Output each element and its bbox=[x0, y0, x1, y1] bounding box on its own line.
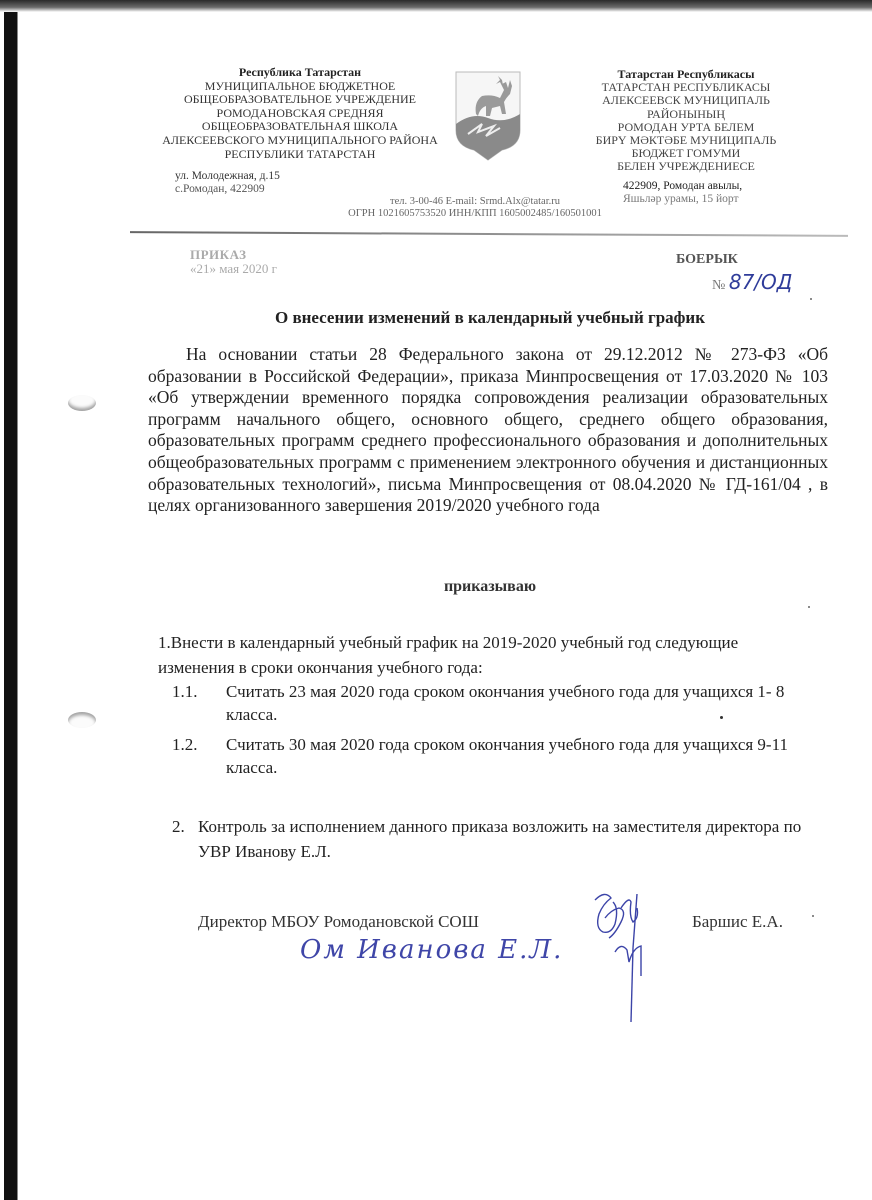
address-street: ул. Молодежная, д.15 bbox=[175, 170, 280, 183]
scan-edge-left bbox=[0, 0, 36, 1200]
contacts-block: тел. 3-00-46 E-mail: Srmd.Alx@tatar.ru О… bbox=[300, 196, 650, 220]
letterhead-left-line: РЕСПУБЛИКИ ТАТАРСТАН bbox=[160, 148, 440, 162]
order-number-handwritten: 87/ОД bbox=[729, 270, 793, 294]
acknowledgement-signature: Ом Иванова Е.Л. bbox=[300, 935, 590, 995]
header-divider bbox=[130, 231, 848, 237]
letterhead-right: Татарстан Республикасы ТАТАРСТАН РЕСПУБЛ… bbox=[572, 68, 800, 174]
scan-speck bbox=[808, 606, 810, 608]
number-sign: № bbox=[712, 278, 725, 293]
preamble-paragraph: На основании статьи 28 Федерального зако… bbox=[148, 344, 828, 517]
item-text: Контроль за исполнением данного приказа … bbox=[198, 814, 812, 864]
address-village: с.Ромодан, 422909 bbox=[175, 183, 280, 196]
order-title-ru: ПРИКАЗ bbox=[190, 248, 277, 262]
letterhead-right-line: БЕЛЕН УЧРЕЖДЕНИЕСЕ bbox=[572, 160, 800, 173]
item-number: 2. bbox=[172, 814, 185, 839]
decree-heading: приказываю bbox=[140, 578, 840, 596]
scan-edge-top bbox=[0, 0, 872, 12]
scan-speck bbox=[810, 298, 812, 300]
punch-hole-top bbox=[68, 395, 96, 411]
order-header-left: ПРИКАЗ «21» мая 2020 г bbox=[190, 248, 277, 276]
coat-of-arms-icon bbox=[448, 68, 528, 164]
order-title-tt: БОЕРЫК bbox=[676, 252, 738, 268]
order-number: № 87/ОД bbox=[712, 270, 792, 294]
letterhead-left-line: ОБЩЕОБРАЗОВАТЕЛЬНАЯ ШКОЛА bbox=[160, 120, 440, 134]
document-title: О внесении изменений в календарный учебн… bbox=[140, 308, 840, 328]
signer-name: Баршис Е.А. bbox=[692, 912, 783, 932]
order-item-2: 2. Контроль за исполнением данного прика… bbox=[172, 814, 812, 864]
subitem-text: Считать 23 мая 2020 года сроком окончани… bbox=[226, 680, 812, 726]
letterhead-right-line: АЛЕКСЕЕВСК МУНИЦИПАЛЬ РАЙОНЫНЫҢ bbox=[572, 94, 800, 120]
order-subitem-1-1: 1.1. Считать 23 мая 2020 года сроком око… bbox=[172, 680, 812, 726]
order-date: «21» мая 2020 г bbox=[190, 262, 277, 276]
subitem-number: 1.1. bbox=[172, 680, 198, 703]
letterhead-left-line: АЛЕКСЕЕВСКОГО МУНИЦИПАЛЬНОГО РАЙОНА bbox=[160, 134, 440, 148]
scan-speck bbox=[720, 716, 723, 719]
letterhead-left: Республика Татарстан МУНИЦИПАЛЬНОЕ БЮДЖЕ… bbox=[160, 66, 440, 161]
letterhead-left-title: Республика Татарстан bbox=[160, 66, 440, 80]
director-signature-icon bbox=[585, 888, 665, 1023]
address-village-tt: 422909, Ромодан авылы, bbox=[623, 180, 742, 193]
letterhead-left-line: РОМОДАНОВСКАЯ СРЕДНЯЯ bbox=[160, 107, 440, 121]
letterhead-left-line: ОБЩЕОБРАЗОВАТЕЛЬНОЕ УЧРЕЖДЕНИЕ bbox=[160, 93, 440, 107]
subitem-number: 1.2. bbox=[172, 733, 198, 756]
subitem-text: Считать 30 мая 2020 года сроком окончани… bbox=[226, 733, 812, 779]
letterhead-left-address: ул. Молодежная, д.15 с.Ромодан, 422909 bbox=[175, 170, 280, 196]
scan-speck bbox=[812, 915, 814, 917]
letterhead-left-line: МУНИЦИПАЛЬНОЕ БЮДЖЕТНОЕ bbox=[160, 80, 440, 94]
order-item-1: 1.Внести в календарный учебный график на… bbox=[158, 630, 798, 680]
contacts-phone-email: тел. 3-00-46 E-mail: Srmd.Alx@tatar.ru bbox=[300, 196, 650, 208]
punch-hole-bottom bbox=[68, 712, 96, 728]
order-subitem-1-2: 1.2. Считать 30 мая 2020 года сроком око… bbox=[172, 733, 812, 779]
order-header-right: БОЕРЫК № 87/ОД bbox=[676, 252, 738, 268]
contacts-registry: ОГРН 1021605753520 ИНН/КПП 1605002485/16… bbox=[300, 208, 650, 220]
signer-position: Директор МБОУ Ромодановской СОШ bbox=[198, 912, 479, 932]
